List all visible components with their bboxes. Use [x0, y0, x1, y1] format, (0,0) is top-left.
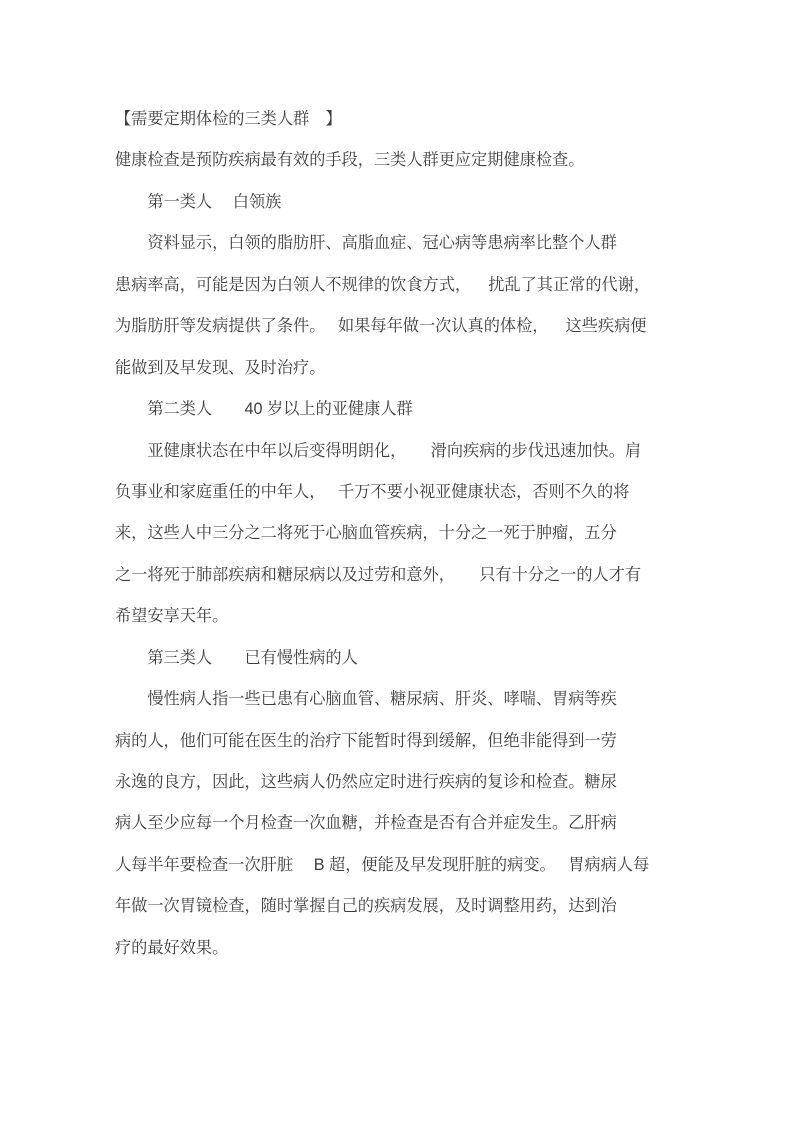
text-line: 资料显示，白领的脂肪肝、高脂血症、冠心病等患病率比整个人群 — [115, 223, 685, 264]
document-body: 【需要定期体检的三类人群 】 健康检查是预防疾病最有效的手段，三类人群更应定期健… — [115, 99, 685, 969]
text-line: 病的人，他们可能在医生的治疗下能暂时得到缓解，但绝非能得到一劳 — [115, 721, 685, 762]
text-line: 来，这些人中三分之二将死于心脑血管疾病，十分之一死于肿瘤，五分 — [115, 513, 685, 554]
section-heading: 第三类人 已有慢性病的人 — [115, 638, 685, 679]
text-line: 人每半年要检查一次肝脏 B 超，便能及早发现肝脏的病变。 胃病病人每 — [115, 845, 685, 886]
text-line: 年做一次胃镜检查，随时掌握自己的疾病发展，及时调整用药，达到治 — [115, 886, 685, 927]
text-line: 希望安享天年。 — [115, 596, 685, 637]
text-line: 健康检查是预防疾病最有效的手段，三类人群更应定期健康检查。 — [115, 140, 685, 181]
section-heading: 第一类人 白领族 — [115, 182, 685, 223]
text-line: 能做到及早发现、及时治疗。 — [115, 348, 685, 389]
text-line: 病人至少应每一个月检查一次血糖，并检查是否有合并症发生。乙肝病 — [115, 803, 685, 844]
text-line: 患病率高，可能是因为白领人不规律的饮食方式， 扰乱了其正常的代谢， — [115, 265, 685, 306]
text-line: 为脂肪肝等发病提供了条件。 如果每年做一次认真的体检， 这些疾病便 — [115, 306, 685, 347]
text-line: 之一将死于肺部疾病和糖尿病以及过劳和意外， 只有十分之一的人才有 — [115, 555, 685, 596]
section-heading: 第二类人 40 岁以上的亚健康人群 — [115, 389, 685, 430]
text-line: 疗的最好效果。 — [115, 928, 685, 969]
text-line: 负事业和家庭重任的中年人， 千万不要小视亚健康状态，否则不久的将 — [115, 472, 685, 513]
document-page: 【需要定期体检的三类人群 】 健康检查是预防疾病最有效的手段，三类人群更应定期健… — [0, 0, 792, 1122]
text-line: 亚健康状态在中年以后变得明朗化， 滑向疾病的步伐迅速加快。肩 — [115, 431, 685, 472]
text-line: 永逸的良方，因此，这些病人仍然应定时进行疾病的复诊和检查。糖尿 — [115, 762, 685, 803]
document-title: 【需要定期体检的三类人群 】 — [115, 99, 685, 140]
text-line: 慢性病人指一些已患有心脑血管、糖尿病、肝炎、哮喘、胃病等疾 — [115, 679, 685, 720]
